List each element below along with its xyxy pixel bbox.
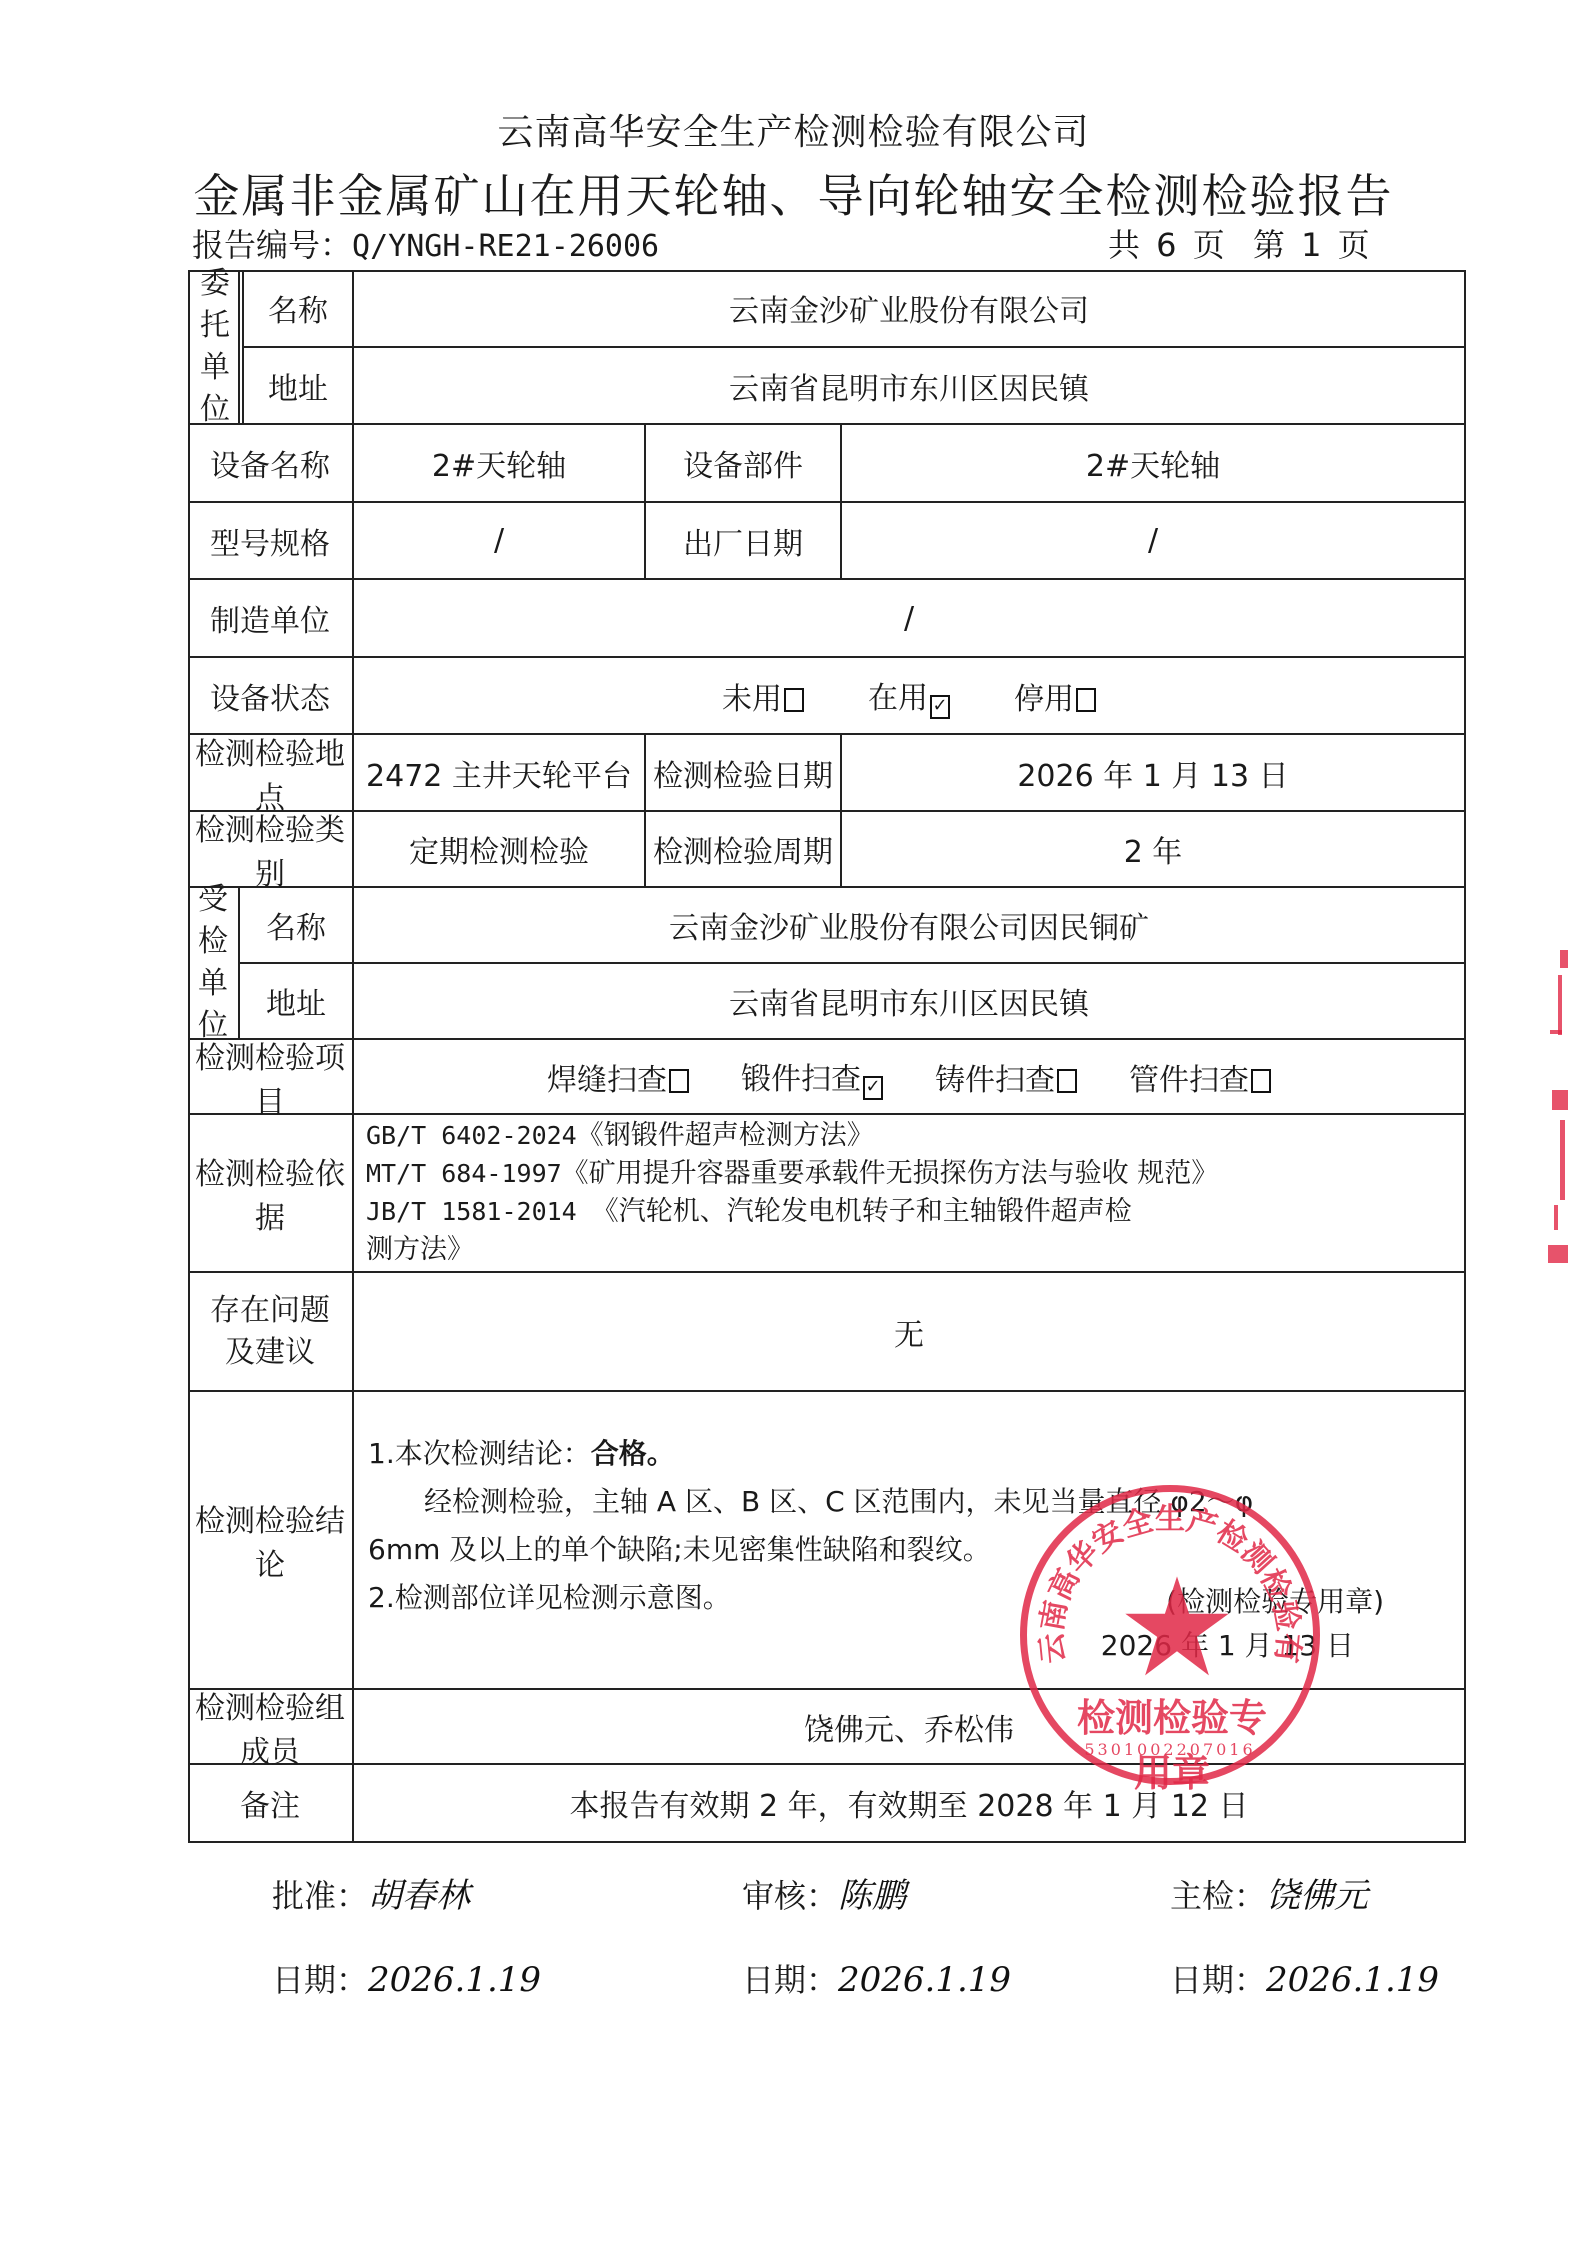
basis-list: GB/T 6402-2024《钢锻件超声检测方法》 MT/T 684-1997《… — [354, 1115, 1466, 1273]
approve-date-handwriting: 2026.1.19 — [368, 1960, 541, 2000]
inspection-location-value: 2472 主井天轮平台 — [354, 735, 646, 812]
factory-date-label: 出厂日期 — [646, 503, 842, 580]
status-option-label: 在用 — [868, 681, 928, 716]
checkbox-checked-icon[interactable]: ✓ — [863, 1076, 883, 1100]
page-indicator: 共 6 页 第 1 页 — [1108, 220, 1382, 266]
item-option-label: 管件扫查 — [1129, 1063, 1249, 1098]
inspection-items-label: 检测检验项目 — [188, 1040, 354, 1115]
inspection-location-label: 检测检验地点 — [188, 735, 354, 812]
inspection-period-label: 检测检验周期 — [646, 812, 842, 888]
conclusion-line-4: 2.检测部位详见检测示意图。 — [368, 1574, 731, 1622]
standard-code: JB/T 1581-2014 — [366, 1197, 592, 1226]
client-name-label: 名称 — [244, 270, 354, 348]
client-group-label-line1: 委托 — [188, 263, 242, 347]
seal-caption: (检测检验专用章) — [1166, 1578, 1384, 1626]
problems-value: 无 — [354, 1273, 1466, 1392]
equipment-name-value: 2#天轮轴 — [354, 425, 646, 503]
standard-title: 《钢锻件超声检测方法》 — [577, 1120, 874, 1151]
item-option-pipe[interactable]: 管件扫查 — [1129, 1055, 1271, 1099]
conclusion-result: 合格。 — [591, 1437, 675, 1470]
remarks-label: 备注 — [188, 1765, 354, 1843]
basis-line: JB/T 1581-2014 《汽轮机、汽轮发电机转子和主轴锻件超声检 — [366, 1193, 1132, 1231]
checkbox-unchecked-icon[interactable] — [1076, 688, 1096, 712]
standard-title: 《汽轮机、汽轮发电机转子和主轴锻件超声检 — [592, 1196, 1132, 1227]
item-option-weld[interactable]: 焊缝扫查 — [547, 1055, 689, 1099]
conclusion-prefix: 1.本次检测结论： — [368, 1437, 591, 1470]
report-table: 委托 单位 名称 云南金沙矿业股份有限公司 地址 云南省昆明市东川区因民镇 设备… — [188, 270, 1466, 1843]
seal-date: 2026 年 1 月 13 日 — [1101, 1622, 1354, 1670]
conclusion-line-2: 经检测检验，主轴 A 区、B 区、C 区范围内，未见当量直径 φ2～φ — [368, 1478, 1253, 1526]
members-value: 饶佛元、乔松伟 — [354, 1690, 1466, 1765]
equipment-name-label: 设备名称 — [188, 425, 354, 503]
report-number-label: 报告编号： — [192, 226, 352, 264]
problems-label-line2: 及建议 — [225, 1332, 315, 1374]
conclusion-line-3: 6mm 及以上的单个缺陷;未见密集性缺陷和裂纹。 — [368, 1526, 991, 1574]
item-option-casting[interactable]: 铸件扫查 — [935, 1055, 1077, 1099]
total-pages: 共 6 页 — [1108, 226, 1225, 264]
review-label: 审核： — [742, 1877, 838, 1915]
inspection-type-label: 检测检验类别 — [188, 812, 354, 888]
item-option-label: 锻件扫查 — [741, 1062, 861, 1097]
report-number: 报告编号：Q/YNGH-RE21-26006 — [192, 220, 659, 266]
inspection-date-value: 2026 年 1 月 13 日 — [842, 735, 1466, 812]
review-date-handwriting: 2026.1.19 — [838, 1960, 1011, 2000]
checkbox-unchecked-icon[interactable] — [1057, 1069, 1077, 1093]
approve-label: 批准： — [272, 1877, 368, 1915]
inspection-type-value: 定期检测检验 — [354, 812, 646, 888]
chief-date-label: 日期： — [1170, 1961, 1266, 1999]
conclusion-content: 1.本次检测结论：合格。 经检测检验，主轴 A 区、B 区、C 区范围内，未见当… — [354, 1392, 1466, 1690]
checkbox-unchecked-icon[interactable] — [669, 1069, 689, 1093]
current-page: 第 1 页 — [1253, 226, 1370, 264]
inspected-unit-name-label: 名称 — [240, 888, 354, 964]
inspected-unit-name-value: 云南金沙矿业股份有限公司因民铜矿 — [354, 888, 1466, 964]
approve-signature: 胡春林 — [368, 1876, 470, 1916]
inspection-date-label: 检测检验日期 — [646, 735, 842, 812]
edge-seal-fragment-icon — [1540, 950, 1570, 1270]
inspected-unit-address-value: 云南省昆明市东川区因民镇 — [354, 964, 1466, 1040]
checkbox-unchecked-icon[interactable] — [784, 688, 804, 712]
factory-date-value: / — [842, 503, 1466, 580]
standard-code: GB/T 6402-2024 — [366, 1121, 577, 1150]
members-label: 检测检验组成员 — [188, 1690, 354, 1765]
model-label: 型号规格 — [188, 503, 354, 580]
client-address-value: 云南省昆明市东川区因民镇 — [354, 348, 1466, 425]
standard-title-continued: 测方法》 — [366, 1234, 474, 1265]
report-title: 金属非金属矿山在用天轮轴、导向轮轴安全检测检验报告 — [0, 160, 1587, 226]
conclusion-label: 检测检验结论 — [188, 1392, 354, 1690]
status-options: 未用 在用✓ 停用 — [354, 658, 1466, 735]
review-date-label: 日期： — [742, 1961, 838, 1999]
basis-line: GB/T 6402-2024《钢锻件超声检测方法》 — [366, 1117, 874, 1155]
item-option-label: 铸件扫查 — [935, 1063, 1055, 1098]
remarks-value: 本报告有效期 2 年，有效期至 2028 年 1 月 12 日 — [354, 1765, 1466, 1843]
equipment-part-label: 设备部件 — [646, 425, 842, 503]
approval-signature: 批准：胡春林 — [272, 1868, 470, 1917]
inspected-unit-address-label: 地址 — [240, 964, 354, 1040]
problems-label: 存在问题 及建议 — [188, 1273, 354, 1392]
approve-date-label: 日期： — [272, 1961, 368, 1999]
model-value: / — [354, 503, 646, 580]
standard-code: MT/T 684-1997 — [366, 1159, 562, 1188]
inspected-unit-group-label: 受检 单位 — [188, 888, 240, 1040]
inspected-unit-label-line1: 受检 — [188, 879, 238, 963]
standard-title: 《矿用提升容器重要承载件无损探伤方法与验收 规范》 — [562, 1158, 1219, 1189]
basis-line: MT/T 684-1997《矿用提升容器重要承载件无损探伤方法与验收 规范》 — [366, 1155, 1218, 1193]
item-option-label: 焊缝扫查 — [547, 1063, 667, 1098]
conclusion-line-1: 1.本次检测结论：合格。 — [368, 1430, 675, 1478]
basis-label: 检测检验依据 — [188, 1115, 354, 1273]
client-address-label: 地址 — [244, 348, 354, 425]
status-option-stopped[interactable]: 停用 — [1014, 674, 1096, 718]
manufacturer-value: / — [354, 580, 1466, 658]
chief-date: 日期：2026.1.19 — [1170, 1955, 1439, 2001]
equipment-part-value: 2#天轮轴 — [842, 425, 1466, 503]
problems-label-line1: 存在问题 — [210, 1290, 330, 1332]
review-date: 日期：2026.1.19 — [742, 1955, 1011, 2001]
status-label: 设备状态 — [188, 658, 354, 735]
client-name-value: 云南金沙矿业股份有限公司 — [354, 270, 1466, 348]
chief-date-handwriting: 2026.1.19 — [1266, 1960, 1439, 2000]
review-signature-handwriting: 陈鹏 — [838, 1876, 906, 1916]
chief-inspector-signature: 主检：饶佛元 — [1170, 1868, 1368, 1917]
manufacturer-label: 制造单位 — [188, 580, 354, 658]
review-signature: 审核：陈鹏 — [742, 1868, 906, 1917]
client-group-label: 委托 单位 — [188, 270, 244, 425]
approval-date: 日期：2026.1.19 — [272, 1955, 541, 2001]
item-option-forging[interactable]: 锻件扫查✓ — [741, 1054, 883, 1100]
company-name: 云南高华安全生产检测检验有限公司 — [0, 104, 1587, 155]
status-option-in-use[interactable]: 在用✓ — [868, 673, 950, 719]
client-group-label-line2: 单位 — [188, 347, 242, 431]
inspection-items-options: 焊缝扫查 锻件扫查✓ 铸件扫查 管件扫查 — [354, 1040, 1466, 1115]
checkbox-unchecked-icon[interactable] — [1251, 1069, 1271, 1093]
status-option-label: 未用 — [722, 682, 782, 717]
basis-line: 测方法》 — [366, 1231, 474, 1269]
checkbox-checked-icon[interactable]: ✓ — [930, 695, 950, 719]
chief-label: 主检： — [1170, 1877, 1266, 1915]
report-number-value: Q/YNGH-RE21-26006 — [352, 229, 659, 264]
status-option-unused[interactable]: 未用 — [722, 674, 804, 718]
inspection-period-value: 2 年 — [842, 812, 1466, 888]
status-option-label: 停用 — [1014, 682, 1074, 717]
chief-signature-handwriting: 饶佛元 — [1266, 1876, 1368, 1916]
